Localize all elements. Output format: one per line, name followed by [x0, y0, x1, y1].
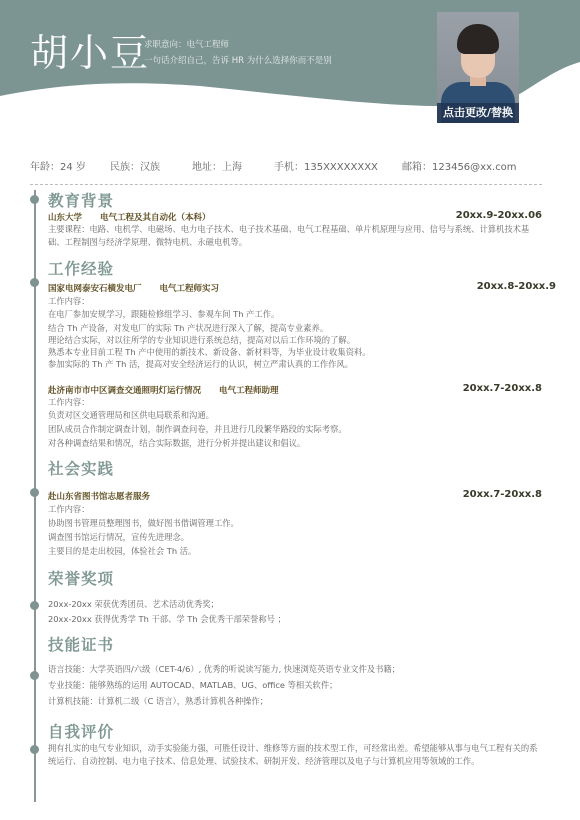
timeline-dot: [30, 488, 39, 497]
job-line: 参加实际的 Th 产 Th 活，提高对安全经济运行的认识，树立严肃认真的工作作风…: [48, 358, 544, 371]
company: 赴济南市市中区调查交通照明灯运行情况: [48, 386, 201, 396]
timeline-dot: [30, 671, 39, 680]
section-title-practice: 社会实践: [48, 457, 114, 479]
job-row: 国家电网泰安石横发电厂电气工程师实习 20xx.8-20xx.9: [48, 282, 542, 294]
skill-line: 语言技能：大学英语四/六级（CET-4/6）, 优秀的听说读写能力, 快速浏览英…: [48, 663, 544, 676]
replace-photo-button[interactable]: 点击更改/替换: [437, 103, 519, 123]
job-line: 对各种调查结果和情况，结合实际数据，进行分析并提出建议和倡议。: [48, 437, 544, 450]
practice-line: 调查图书馆运行情况，宣传先进理念。: [48, 531, 544, 544]
company: 国家电网泰安石横发电厂: [48, 284, 142, 294]
ethnicity: 民族：汉族: [110, 158, 192, 173]
section-title-honors: 荣誉奖项: [48, 567, 114, 589]
section-title-skills: 技能证书: [48, 633, 114, 655]
school: 山东大学: [48, 213, 82, 223]
job-date: 20xx.8-20xx.9: [477, 281, 556, 292]
role: 电气工程师助理: [219, 386, 279, 396]
practice-date: 20xx.7-20xx.8: [463, 489, 542, 500]
divider: [30, 184, 542, 185]
skill-line: 专业技能：能够熟练的运用 AUTOCAD、MATLAB、UG、office 等相…: [48, 679, 544, 692]
hair-shape: [457, 24, 499, 54]
skill-line: 计算机技能：计算机二级（C 语言），熟悉计算机各种操作；: [48, 695, 544, 708]
email: 邮箱：123456@xx.com: [402, 158, 517, 173]
timeline-dot: [30, 195, 39, 204]
practice-line: 主要目的是走出校园，体验社会 Th 活。: [48, 545, 544, 558]
address: 地址：上海: [192, 158, 274, 173]
candidate-name: 胡小豆: [30, 22, 150, 77]
job-line: 负责对区交通管理局和区供电局联系和沟通。: [48, 409, 544, 422]
practice-label: 工作内容：: [48, 503, 544, 516]
phone: 手机：135XXXXXXXX: [274, 158, 402, 173]
job-line: 结合 Th 产设备，对发电厂的实际 Th 产状况进行深入了解，提高专业素养。: [48, 322, 544, 335]
job-label: 工作内容：: [48, 396, 544, 409]
job-line: 在电厂参加安规学习，跟随检修组学习、参观车间 Th 产工作。: [48, 308, 544, 321]
header-banner: 胡小豆 求职意向：电气工程师 一句话介绍自己，告诉 HR 为什么选择你而不是别 …: [0, 0, 580, 130]
job-date: 20xx.7-20xx.8: [463, 383, 542, 394]
job-line: 团队成员合作制定调查计划，制作调查问卷，并且进行几段繁华路段的实际考察。: [48, 423, 544, 436]
self-evaluation: 拥有扎实的电气专业知识，动手实验能力强，可胜任设计、维修等方面的技术型工作，可经…: [48, 742, 544, 767]
profile-photo[interactable]: 点击更改/替换: [437, 12, 519, 123]
timeline-dot: [30, 601, 39, 610]
section-title-work: 工作经验: [48, 257, 114, 279]
section-title-education: 教育背景: [48, 189, 114, 211]
honor-line: 20xx-20xx 荣获优秀团员、艺术活动优秀奖；: [48, 598, 544, 611]
job-intent: 求职意向：电气工程师: [144, 38, 229, 50]
timeline-dot: [30, 745, 39, 754]
major: 电气工程及其自动化（本科）: [100, 213, 211, 223]
honor-line: 20xx-20xx 获得优秀学 Th 干部、学 Th 会优秀干部荣誉称号 ；: [48, 613, 544, 626]
job-row: 赴济南市市中区调查交通照明灯运行情况电气工程师助理 20xx.7-20xx.8: [48, 384, 542, 396]
job-line: 熟悉本专业目前工程 Th 产中使用的新技术、新设备、新材料等，为毕业设计收集资料…: [48, 346, 544, 359]
practice-row: 赴山东省图书馆志愿者服务 20xx.7-20xx.8: [48, 490, 542, 502]
slogan: 一句话介绍自己，告诉 HR 为什么选择你而不是别: [144, 54, 332, 66]
section-title-self: 自我评价: [48, 720, 114, 742]
job-label: 工作内容：: [48, 295, 544, 308]
basic-info: 年龄：24 岁 民族：汉族 地址：上海 手机：135XXXXXXXX 邮箱：12…: [30, 158, 517, 173]
practice-org: 赴山东省图书馆志愿者服务: [48, 492, 150, 502]
role: 电气工程师实习: [160, 284, 220, 294]
courses: 主要课程：电路、电机学、电磁场、电力电子技术、电子技术基础、电气工程基础、单片机…: [48, 223, 544, 248]
age: 年龄：24 岁: [30, 158, 110, 173]
practice-line: 协助图书管理员整理图书，做好图书借调管理工作。: [48, 517, 544, 530]
job-line: 理论结合实际，对以往所学的专业知识进行系统总结，提高对以后工作环境的了解。: [48, 334, 544, 347]
education-date: 20xx.9-20xx.06: [456, 210, 542, 221]
timeline-dot: [30, 278, 39, 287]
education-row: 山东大学电气工程及其自动化（本科） 20xx.9-20xx.06: [48, 211, 542, 223]
